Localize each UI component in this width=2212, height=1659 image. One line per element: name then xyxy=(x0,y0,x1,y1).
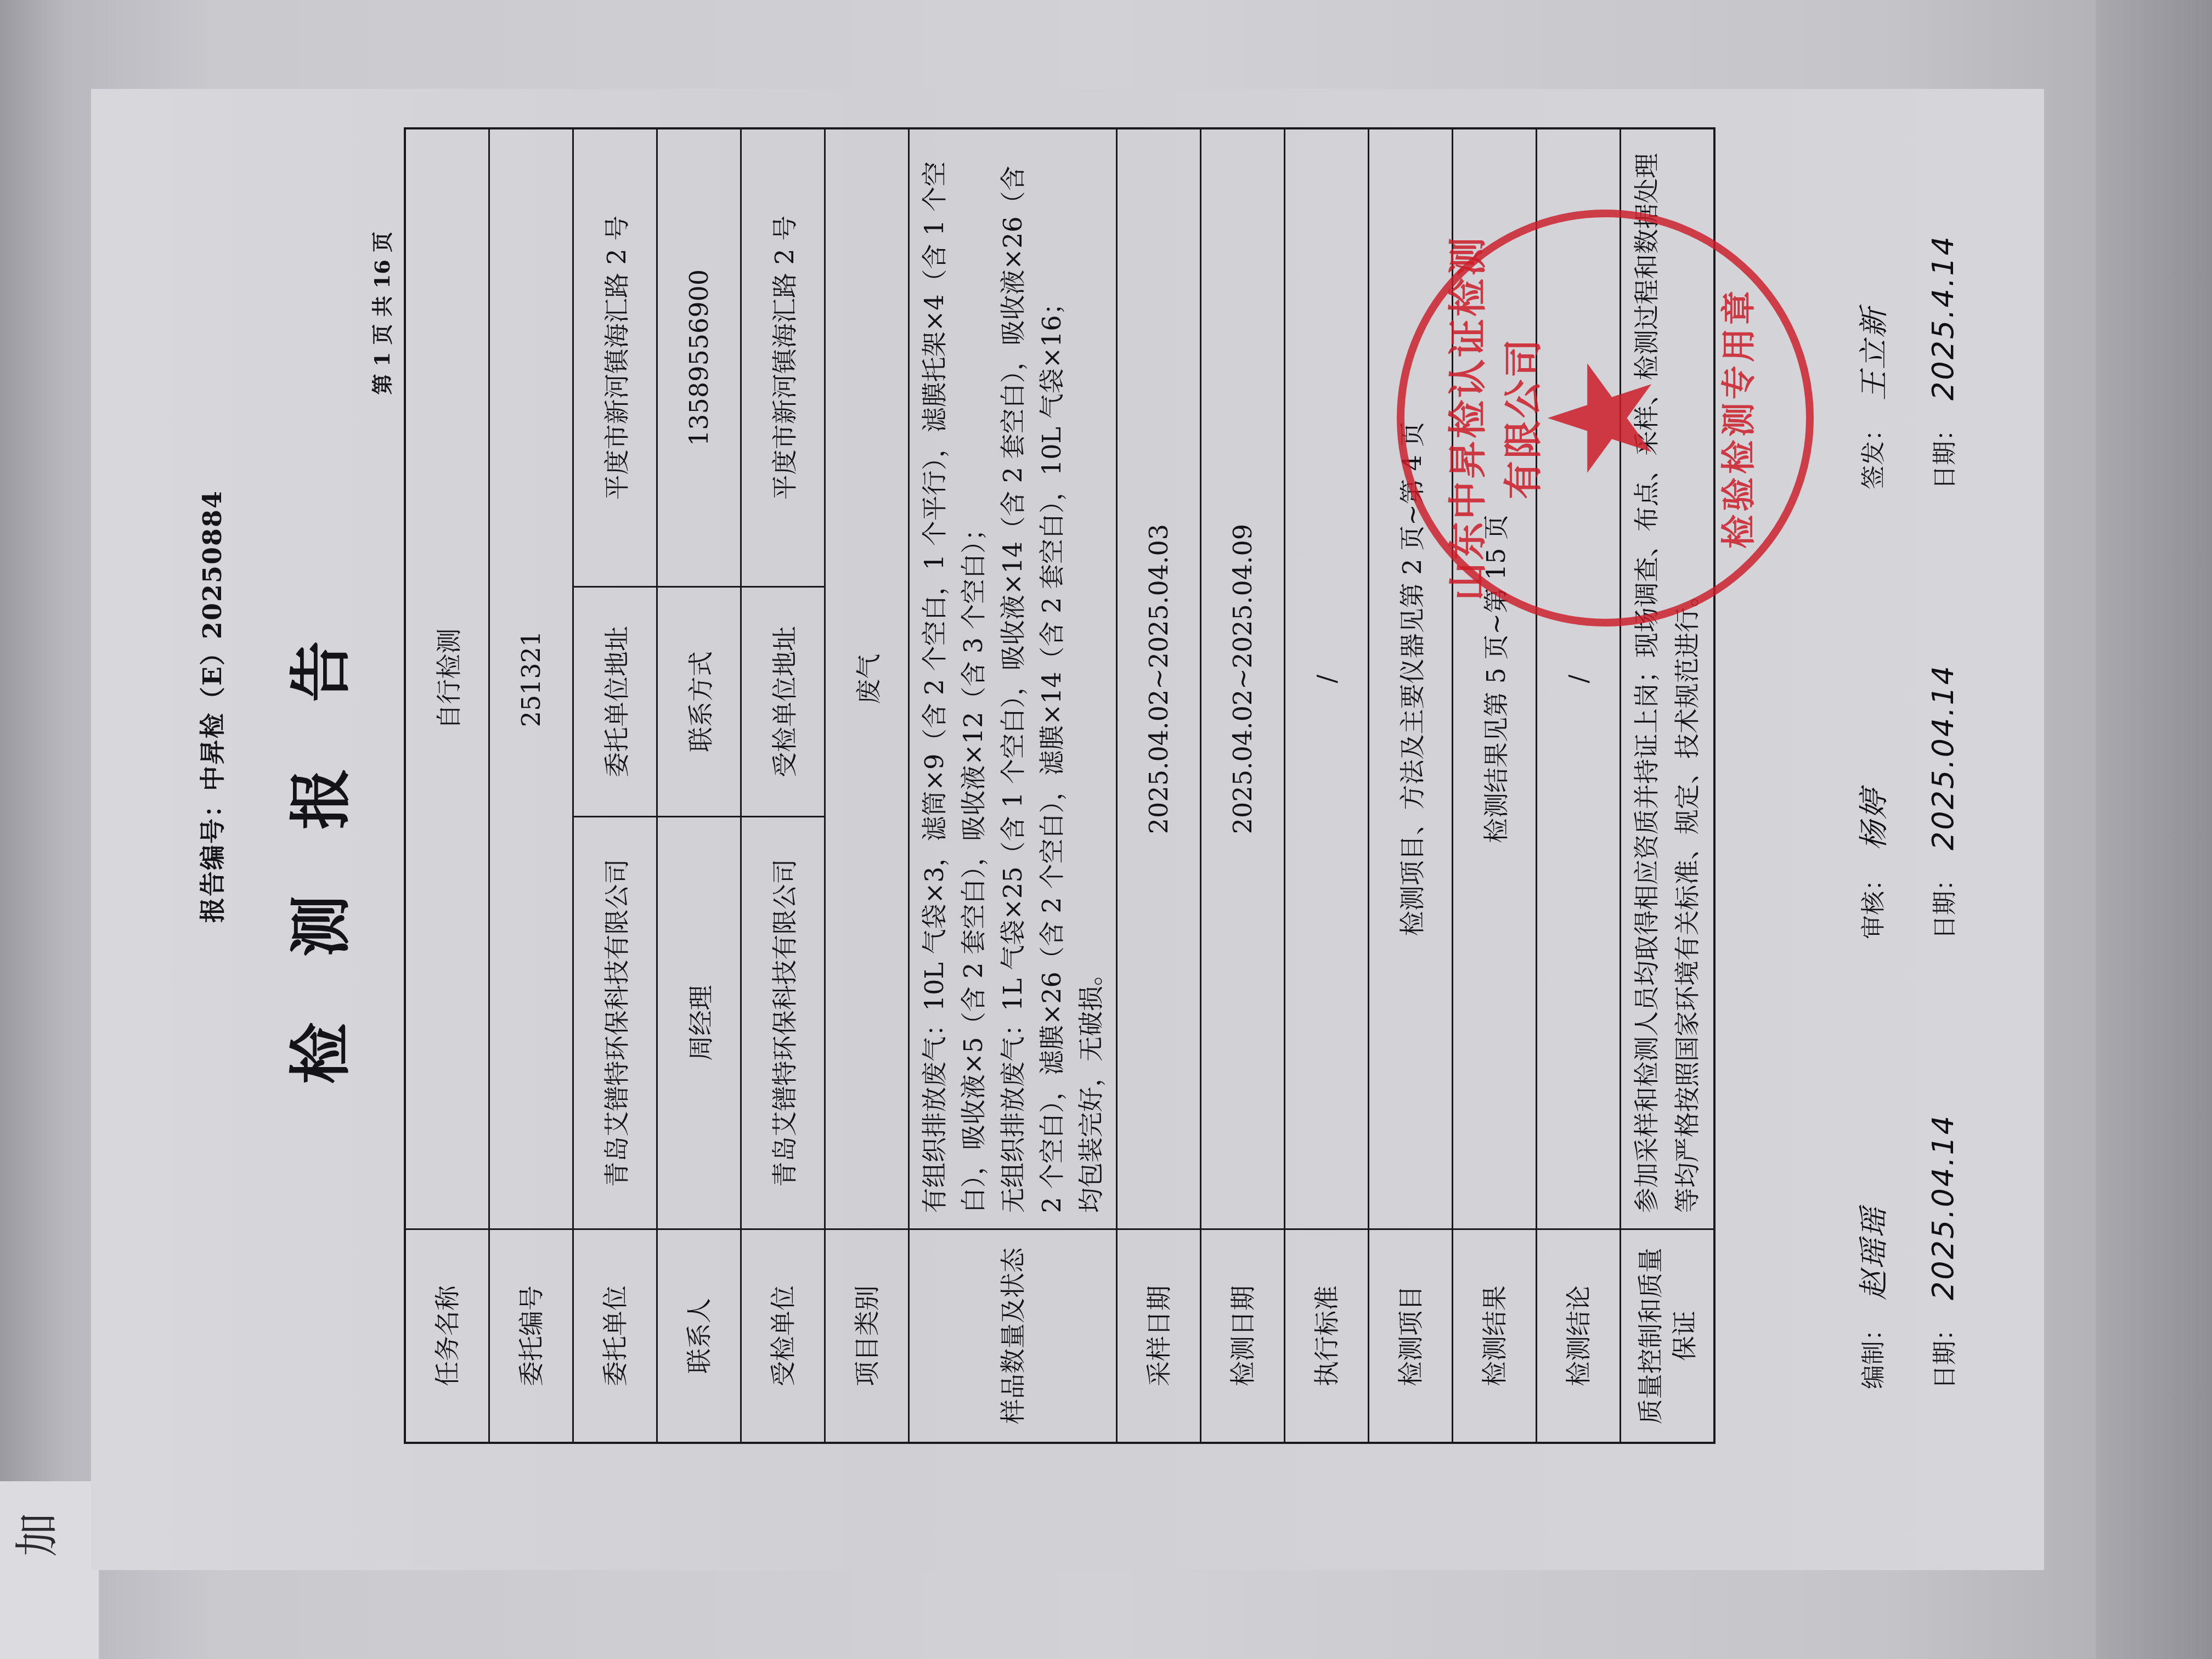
issued-date-label: 日期： xyxy=(1925,417,1960,489)
issued-handwritten-name: 王立新 xyxy=(1850,307,1893,400)
sampling-date-label: 采样日期 xyxy=(1117,1229,1201,1443)
contact-method-value: 13589556900 xyxy=(657,128,741,586)
table-row: 采样日期 2025.04.02~2025.04.03 xyxy=(1117,128,1201,1443)
samples-label: 样品数量及状态 xyxy=(909,1229,1117,1443)
issued-label: 签发： xyxy=(1854,417,1889,489)
report-number: 报告编号：中昇检（E）20250884 xyxy=(193,490,229,923)
table-row: 委托编号 251321 xyxy=(489,128,573,1443)
background-shadow xyxy=(2096,0,2212,1659)
client-address-value: 平度市新河镇海汇路 2 号 xyxy=(573,128,657,586)
compiled-handwritten-date: 2025.04.14 xyxy=(1926,1114,1960,1300)
contact-method-label: 联系方式 xyxy=(657,586,741,816)
compiled-handwritten-name: 赵瑶瑶 xyxy=(1850,1206,1893,1300)
table-row: 样品数量及状态 有组织排放废气：10L 气袋×3，滤筒×9（含 2 个空白，1 … xyxy=(909,128,1117,1443)
client-address-label: 委托单位地址 xyxy=(573,586,657,816)
project-type-label: 项目类别 xyxy=(825,1229,909,1443)
signature-block: 编制： 赵瑶瑶 日期： 2025.04.14 审核： 杨婷 日期： 2025.0… xyxy=(1836,127,2000,1389)
inspected-unit-address-value: 平度市新河镇海汇路 2 号 xyxy=(741,128,825,586)
star-icon: ★ xyxy=(1531,217,1673,619)
table-row: 受检单位 青岛艾镨特环保科技有限公司 受检单位地址 平度市新河镇海汇路 2 号 xyxy=(741,128,825,1443)
samples-line: 均包装完好，无破损。 xyxy=(1071,145,1110,1213)
compiled-date-label: 日期： xyxy=(1925,1317,1960,1389)
conclusion-label: 检测结论 xyxy=(1537,1229,1621,1443)
table-row: 任务名称 自行检测 xyxy=(405,128,489,1443)
table-row: 委托单位 青岛艾镨特环保科技有限公司 委托单位地址 平度市新河镇海汇路 2 号 xyxy=(573,128,657,1443)
standard-value: / xyxy=(1285,128,1369,1229)
test-results-label: 检测结果 xyxy=(1453,1229,1537,1443)
report-number-value: 中昇检（E）20250884 xyxy=(198,490,227,791)
issued-handwritten-date: 2025.4.14 xyxy=(1926,235,1960,400)
issued-signature: 签发： 王立新 日期： 2025.4.14 xyxy=(1836,235,1978,489)
task-name-label: 任务名称 xyxy=(405,1229,489,1443)
client-value: 青岛艾镨特环保科技有限公司 xyxy=(573,816,657,1229)
samples-line: 无组织排放废气：1L 气袋×25（含 1 个空白），吸收液×14（含 2 套空白… xyxy=(994,145,1072,1213)
inspected-unit-label: 受检单位 xyxy=(741,1229,825,1443)
sampling-date-value: 2025.04.02~2025.04.03 xyxy=(1117,128,1201,1229)
task-name-value: 自行检测 xyxy=(405,128,489,1229)
standard-label: 执行标准 xyxy=(1285,1229,1369,1443)
report-number-label: 报告编号： xyxy=(198,791,227,923)
compiled-label: 编制： xyxy=(1854,1317,1889,1389)
report-title: 检测报告 xyxy=(272,89,360,1570)
client-label: 委托单位 xyxy=(573,1229,657,1443)
table-row: 项目类别 废气 xyxy=(825,128,909,1443)
underlying-sheet: 加 xyxy=(0,1481,99,1659)
underlying-sheet-char: 加 xyxy=(2,1513,65,1557)
commission-no-value: 251321 xyxy=(489,128,573,1229)
table-row: 联系人 周经理 联系方式 13589556900 xyxy=(657,128,741,1443)
table-row: 执行标准 / xyxy=(1285,128,1369,1443)
commission-no-label: 委托编号 xyxy=(489,1229,573,1443)
test-items-label: 检测项目 xyxy=(1369,1229,1453,1443)
reviewed-handwritten-name: 杨婷 xyxy=(1850,788,1893,850)
page-count: 第 1 页 共 16 页 xyxy=(365,232,396,394)
project-type-value: 废气 xyxy=(825,128,909,1229)
seal-purpose-text: 检验检测专用章 xyxy=(1712,217,1760,619)
inspected-unit-address-label: 受检单位地址 xyxy=(741,586,825,816)
official-seal: 山东中昇检认证检测有限公司 ★ 检验检测专用章 xyxy=(1397,210,1814,627)
table-row: 检测日期 2025.04.02~2025.04.09 xyxy=(1201,128,1285,1443)
compiled-signature: 编制： 赵瑶瑶 日期： 2025.04.14 xyxy=(1836,1114,1978,1389)
contact-value: 周经理 xyxy=(657,816,741,1229)
samples-line: 有组织排放废气：10L 气袋×3，滤筒×9（含 2 个空白，1 个平行），滤膜托… xyxy=(915,145,994,1213)
reviewed-label: 审核： xyxy=(1854,867,1889,939)
testing-date-value: 2025.04.02~2025.04.09 xyxy=(1201,128,1285,1229)
testing-date-label: 检测日期 xyxy=(1201,1229,1285,1443)
reviewed-signature: 审核： 杨婷 日期： 2025.04.14 xyxy=(1836,664,1978,939)
contact-label: 联系人 xyxy=(657,1229,741,1443)
samples-value: 有组织排放废气：10L 气袋×3，滤筒×9（含 2 个空白，1 个平行），滤膜托… xyxy=(909,128,1117,1229)
report-page: 报告编号：中昇检（E）20250884 检测报告 第 1 页 共 16 页 任务… xyxy=(91,89,2044,1570)
inspected-unit-value: 青岛艾镨特环保科技有限公司 xyxy=(741,816,825,1229)
reviewed-handwritten-date: 2025.04.14 xyxy=(1926,664,1960,850)
quality-label: 质量控制和质量保证 xyxy=(1621,1229,1714,1443)
reviewed-date-label: 日期： xyxy=(1925,867,1960,939)
